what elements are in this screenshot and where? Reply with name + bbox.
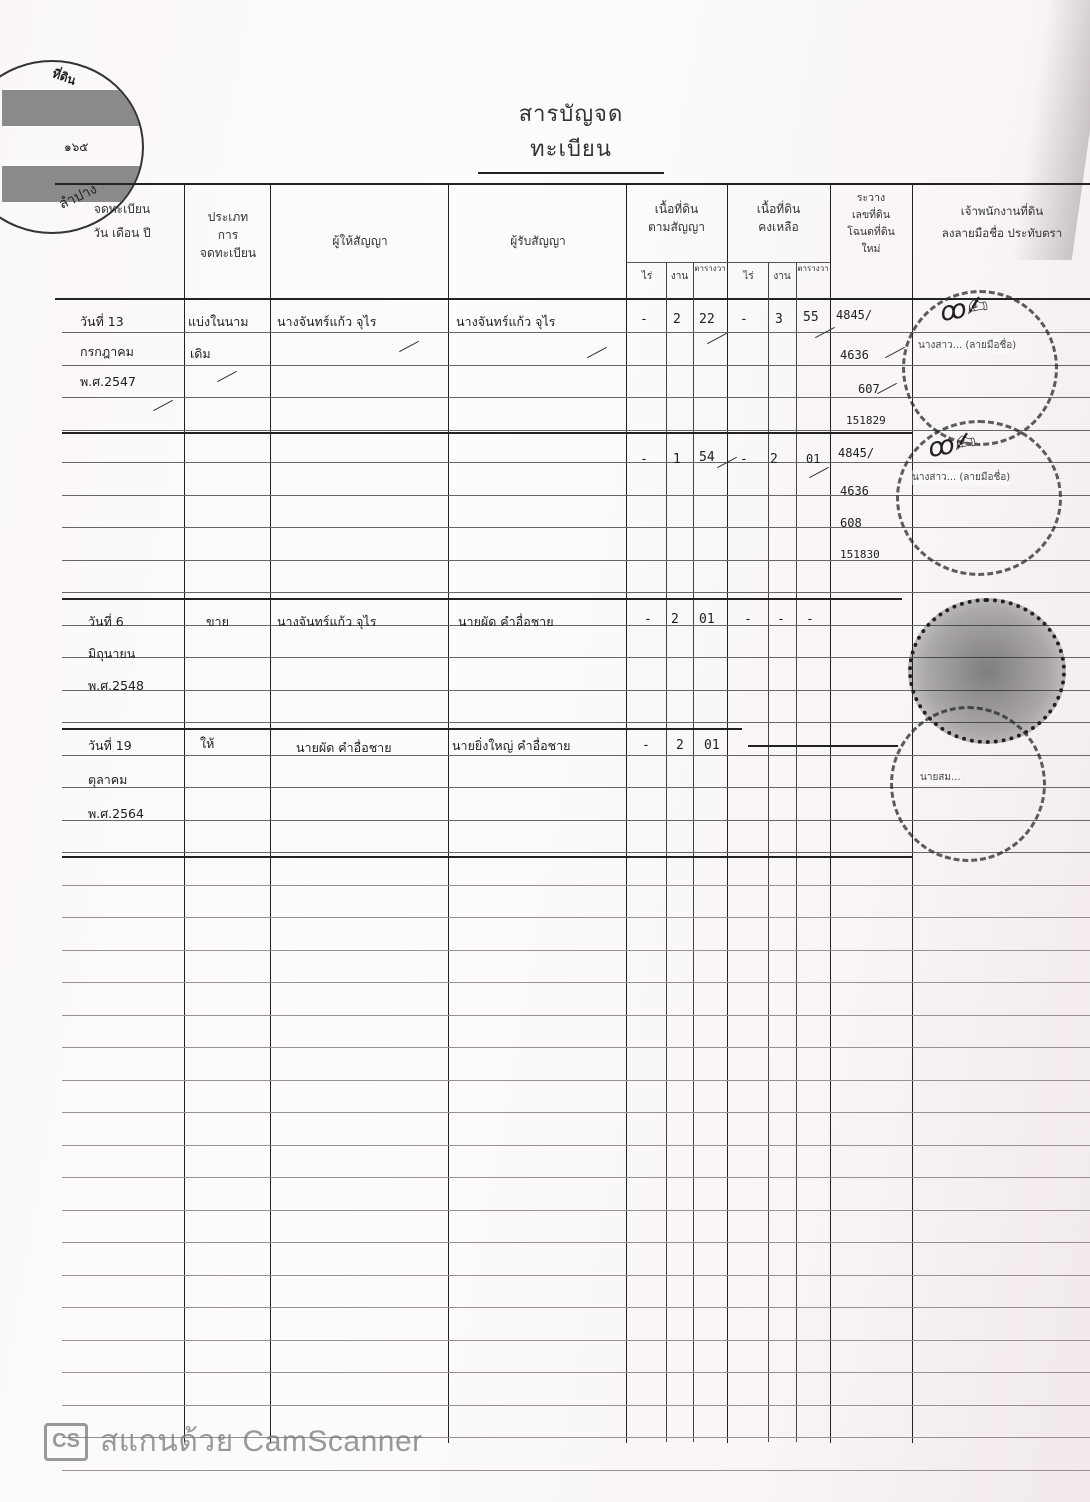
check-mark	[877, 383, 897, 394]
header-area-contract: เนื้อที่ดินตามสัญญา	[626, 200, 727, 236]
col-divider	[727, 183, 728, 1443]
corner-stamp-middle-text: ๑๖๕	[64, 138, 88, 157]
check-mark	[809, 467, 829, 478]
entry-4-date-month: ตุลาคม	[88, 770, 127, 790]
entry-1-contract-ngan: 2	[673, 312, 681, 327]
col-divider	[270, 183, 271, 1443]
col-divider	[830, 183, 831, 1443]
header-grantor: ผู้ให้สัญญา	[272, 232, 448, 250]
header-unit-rai: ไร่	[628, 268, 666, 286]
entry-1-date-year: พ.ศ.2547	[80, 372, 136, 392]
check-mark	[707, 333, 727, 344]
header-unit-wa: ตารางวา	[796, 264, 830, 274]
watermark-text: สแกนด้วย CamScanner	[100, 1418, 423, 1465]
col-divider	[626, 183, 627, 1443]
entry-1-contract-wa: 22	[699, 312, 715, 327]
entry-2-contract-ngan: 1	[673, 452, 681, 467]
entry-2-remaining-ngan: 2	[770, 452, 778, 467]
entry-1-type: แบ่งในนาม	[188, 312, 249, 332]
entry-4-grantee: นายยิ่งใหญ่ คำอื่อชาย	[452, 736, 571, 756]
entry-4-type: ให้	[200, 734, 214, 754]
entry-4-date-day: วันที่ 19	[88, 736, 132, 756]
entry-4-date-year: พ.ศ.2564	[88, 804, 144, 824]
subheader-divider	[626, 262, 830, 263]
check-mark	[153, 400, 173, 411]
entry-1-parcel-deed: 151829	[846, 414, 886, 427]
header-grantee: ผู้รับสัญญา	[450, 232, 626, 250]
entry-3-contract-rai: -	[644, 612, 652, 627]
entry-1-grantee: นางจันทร์แก้ว จุไร	[456, 312, 555, 332]
check-mark	[399, 341, 419, 352]
entry-1-remaining-rai: -	[740, 312, 748, 327]
entry-4-contract-rai: -	[642, 738, 650, 753]
officer-seal-stamp	[896, 420, 1062, 576]
check-mark	[217, 371, 237, 382]
entry-3-grantee: นายผัด คำอื่อชาย	[458, 612, 554, 632]
camscanner-watermark: CS สแกนด้วย CamScanner	[44, 1418, 423, 1465]
entry-3-grantor: นางจันทร์แก้ว จุไร	[277, 612, 376, 632]
officer-name-stamp: นางสาว... (ลายมือชื่อ)	[918, 338, 1016, 353]
entry-1-parcel-sheet: 4845/	[836, 308, 872, 322]
entry-3-contract-wa: 01	[699, 612, 715, 627]
entry-1-remaining-ngan: 3	[775, 312, 783, 327]
header-unit-ngan: งาน	[768, 268, 796, 286]
entry-3-type: ขาย	[206, 612, 229, 632]
scanned-page: ที่ดิน ๑๖๕ ลำปาง สารบัญจดทะเบียน จดทะเบี…	[0, 0, 1090, 1502]
entry-2-parcel-land-no: 4636	[840, 484, 869, 498]
entry-1-remaining-wa: 55	[803, 310, 819, 325]
entry-4-grantor: นายผัด คำอื่อชาย	[296, 738, 392, 758]
entry-2-contract-rai: -	[640, 452, 648, 467]
entry-3-remaining-ngan: -	[777, 612, 785, 627]
entry-2-parcel-deed: 151830	[840, 548, 880, 561]
entry-1-parcel-land-no: 4636	[840, 348, 869, 362]
entry-1-date-month: กรกฎาคม	[80, 342, 134, 362]
entry-4-contract-ngan: 2	[676, 738, 684, 753]
table-top-border	[55, 183, 1090, 185]
entry-3-contract-ngan: 2	[671, 612, 679, 627]
page-title: สารบัญจดทะเบียน	[478, 96, 664, 174]
header-bottom-border	[55, 298, 1090, 300]
officer-seal-stamp	[890, 706, 1046, 862]
col-divider	[448, 183, 449, 1443]
officer-name-stamp: นายสม...	[920, 770, 961, 785]
entry-3-date-day: วันที่ 6	[88, 612, 124, 632]
entry-3-remaining-wa: -	[806, 612, 814, 627]
header-new-parcel: ระวางเลขที่ดินโฉนดที่ดินใหม่	[830, 190, 912, 258]
header-date: จดทะเบียนวัน เดือน ปี	[60, 200, 184, 242]
col-divider	[184, 183, 185, 1443]
header-unit-rai: ไร่	[729, 268, 768, 286]
header-unit-ngan: งาน	[666, 268, 693, 286]
entry-1-grantor: นางจันทร์แก้ว จุไร	[277, 312, 376, 332]
entry-2-remaining-rai: -	[740, 452, 748, 467]
camscanner-logo-icon: CS	[44, 1423, 88, 1461]
officer-name-stamp: นางสาว... (ลายมือชื่อ)	[912, 470, 1010, 485]
entry-2-contract-wa: 54	[699, 450, 715, 465]
entry-4-void-line	[748, 745, 898, 747]
entry-1-type-cont: เดิม	[190, 344, 211, 364]
check-mark	[587, 347, 607, 358]
header-unit-wa: ตารางวา	[693, 264, 727, 274]
entry-3-date-year: พ.ศ.2548	[88, 676, 144, 696]
entry-3-date-month: มิถุนายน	[88, 644, 135, 664]
entry-4-contract-wa: 01	[704, 738, 720, 753]
entry-1-contract-rai: -	[640, 312, 648, 327]
header-type: ประเภทการจดทะเบียน	[186, 208, 270, 262]
entry-1-date-day: วันที่ 13	[80, 312, 124, 332]
entry-3-remaining-rai: -	[744, 612, 752, 627]
header-area-remaining: เนื้อที่ดินคงเหลือ	[727, 200, 830, 236]
header-officer: เจ้าพนักงานที่ดินลงลายมือชื่อ ประทับตรา	[914, 200, 1090, 244]
entry-2-parcel-survey: 608	[840, 516, 862, 530]
entry-2-parcel-sheet: 4845/	[838, 446, 874, 460]
entry-2-remaining-wa: 01	[806, 452, 820, 466]
